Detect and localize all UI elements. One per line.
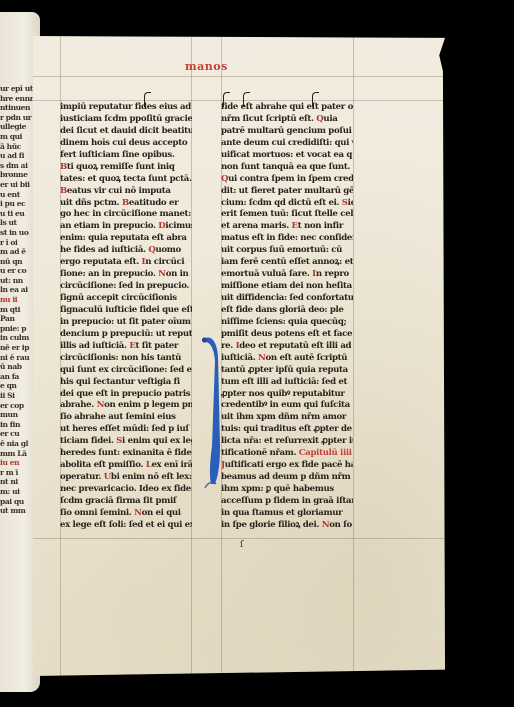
- left-page-line: m qui: [0, 132, 36, 142]
- text-line: uit ihm xpm dñm nřm amor: [221, 412, 353, 424]
- text-line: heredes ſunt: exinanita ē fides:: [60, 448, 192, 460]
- text-line: circūciſionis: non his tantū: [60, 353, 192, 365]
- text-line: beamus ad deum p dñm nřm: [221, 472, 353, 484]
- left-page-line: bronne: [0, 170, 36, 180]
- text-line: an etiam in prepucio. Dicimus: [60, 221, 192, 233]
- red-capital: I: [312, 269, 316, 279]
- text-line: impiū reputatur fides eius ad: [60, 102, 192, 114]
- text-line: enim: quia reputata eſt abra: [60, 233, 192, 245]
- text-line: pmiſit deus potens eſt et face: [221, 329, 353, 341]
- text-line: tuis: qui traditus eſt ꝓpter de: [221, 424, 353, 436]
- text-line: emortuā vuluā ſare. In repro: [221, 269, 353, 281]
- red-capital: S: [342, 198, 348, 208]
- text-line: dinem hoīs cui deus accepto: [60, 138, 192, 150]
- text-line: in ſpe glorie filioꝝ dei. Non ſo: [221, 520, 353, 532]
- text-line: circūciſione: ſed in prepucio. Et: [60, 281, 192, 293]
- text-line: dit: ut fieret pater multarū gē: [221, 186, 353, 198]
- text-line: tantū ꝓpter ipſū quia reputa: [221, 365, 353, 377]
- left-page-line: ut mm: [0, 506, 36, 516]
- left-page-line: ut: nn: [0, 276, 36, 286]
- text-line: abolita eſt pmiſſio. Lex enī irā: [60, 460, 192, 472]
- text-line: matus eſt in fide: nec conſidera: [221, 233, 353, 245]
- text-line: in qua ſtamus et gloriamur: [221, 508, 353, 520]
- text-column-right: fide eſt abrahe qui eſt pater oīmnřm ſic…: [221, 102, 353, 532]
- red-capital: U: [104, 472, 111, 482]
- text-line: erit ſemen tuū: ſicut ſtelle celi: [221, 209, 353, 221]
- text-line: nec prevaricacio. Ideo ex fide: ut: [60, 484, 192, 496]
- text-line: ſcdm graciā firma ſit pmiſ: [60, 496, 192, 508]
- red-capital: N: [258, 353, 266, 363]
- red-capital: D: [158, 221, 165, 231]
- text-line: nřm ſicut ſcriptū eſt. Quia: [221, 114, 353, 126]
- text-line: uit dñs pctm. Beatitudo er: [60, 198, 192, 210]
- left-page-line: m qti: [0, 305, 36, 315]
- text-line: uit diffidencia: ſed confortatus: [221, 293, 353, 305]
- text-line: fide eſt abrahe qui eſt pater oīm: [221, 102, 353, 114]
- text-line: Qui contra ſpem in ſpem credi: [221, 174, 353, 186]
- text-line: patrē multarū gencium poſui te: [221, 126, 353, 138]
- text-line: ut heres eſſet mūdi: ſed p iuſ: [60, 424, 192, 436]
- text-line: uificat mortuos: et vocat ea q: [221, 150, 353, 162]
- text-line: ante deum cui credidiſti: qui vi: [221, 138, 353, 150]
- text-line: uit corpus ſuū emortuū: cū: [221, 245, 353, 257]
- left-page-line: m: ui: [0, 487, 36, 497]
- text-line: ex lege eſt ſoli: ſed et ei qui ex: [60, 520, 192, 532]
- red-capital: B: [122, 198, 129, 208]
- text-line: non ſunt tanquā ea que ſunt.: [221, 162, 353, 174]
- left-page-line: r pdn ur: [0, 113, 36, 123]
- text-line: iuſticiā. Non eſt autē ſcriptū: [221, 353, 353, 365]
- blue-initial-letter: [201, 336, 223, 491]
- left-page-line: mun: [0, 410, 36, 420]
- left-page-line: iu en: [0, 458, 36, 468]
- left-page-line: ni ē rau: [0, 353, 36, 363]
- left-page-line: mm Lā: [0, 449, 36, 459]
- red-capital: S: [116, 436, 122, 446]
- text-line: ſio omni ſemini. Non ei qui: [60, 508, 192, 520]
- left-page-line: ln ea ai: [0, 285, 36, 295]
- text-line: abrahe. Non enim p legem pmiſ: [60, 400, 192, 412]
- left-page-line: nē er ip: [0, 343, 36, 353]
- left-page-line: st in uo: [0, 228, 36, 238]
- text-line: Bti quoꝝ remiſſe ſunt iniq: [60, 162, 192, 174]
- text-line: ꝓpter nos quibꝰ reputabitur: [221, 389, 353, 401]
- manuscript-leaf: manos impiū reputatur fides eius adiusti…: [33, 36, 445, 676]
- text-line: he fides ad iuſticiā. Quomo: [60, 245, 192, 257]
- red-capital: B: [60, 186, 67, 196]
- text-line: re. Ideo et reputatū eſt illi ad: [221, 341, 353, 353]
- left-page-line: er cu: [0, 429, 36, 439]
- chapter-rubric: Capitulū iiii: [299, 448, 352, 458]
- document-viewer: ur epī uthre ennnuntinuenr pdn urullegie…: [0, 0, 514, 707]
- text-line: ihm xpm: ꝑ quē habemus: [221, 484, 353, 496]
- text-column-left: impiū reputatur fides eius adiusticiam ſ…: [60, 102, 192, 532]
- text-line: iusticiam ſcdm ppoſitū gracie: [60, 114, 192, 126]
- text-line: fert iuſticiam ſine opibus.: [60, 150, 192, 162]
- left-page-line: s dm ai: [0, 161, 36, 171]
- left-page-line: ā hūc: [0, 142, 36, 152]
- red-capital: I: [236, 341, 240, 351]
- left-page-line: ur epī ut: [0, 84, 36, 94]
- left-page-line: an fa: [0, 372, 36, 382]
- text-line: ſignū accepit circūciſionis: [60, 293, 192, 305]
- left-page-line: u er co: [0, 266, 36, 276]
- text-line: operatur. Ubi enim nō eſt lex:: [60, 472, 192, 484]
- left-page-line: nū qn: [0, 257, 36, 267]
- red-capital: I: [142, 257, 146, 267]
- red-capital: N: [322, 520, 330, 530]
- left-page-line: ii Si: [0, 391, 36, 401]
- ruling-line-vertical: [353, 36, 354, 676]
- left-page-line: hre ennnu: [0, 94, 36, 104]
- left-page-line: nt ni: [0, 477, 36, 487]
- left-page-line: u ent: [0, 190, 36, 200]
- red-capital: N: [134, 508, 142, 518]
- text-line: dencium p prepuciū: ut reputet et: [60, 329, 192, 341]
- red-capital: Q: [221, 174, 228, 184]
- signature-mark: ſ: [240, 540, 243, 550]
- text-line: dei que eſt in prepucio patris nři: [60, 389, 192, 401]
- text-line: eſt fide dans gloriā deo: ple: [221, 305, 353, 317]
- text-line: ergo reputata eſt. In circūci: [60, 257, 192, 269]
- left-page-line: r m ī: [0, 468, 36, 478]
- text-line: qui ſunt ex circūciſione: ſed et: [60, 365, 192, 377]
- text-line: miſſione etiam dei non heſita: [221, 281, 353, 293]
- left-page-line: ē nia gl: [0, 439, 36, 449]
- text-line: tates: et quoꝝ tecta ſunt pctā.: [60, 174, 192, 186]
- left-page-line: pnie: p: [0, 324, 36, 334]
- red-capital: Q: [148, 245, 155, 255]
- text-line: tum eſt illi ad iuſticiā: ſed et: [221, 377, 353, 389]
- left-page-line: ls ut: [0, 218, 36, 228]
- text-line: et arena maris. Et non infir: [221, 221, 353, 233]
- text-line: iam ferē centū eſſet annoꝝ: et: [221, 257, 353, 269]
- red-capital: E: [129, 341, 135, 351]
- red-capital: E: [291, 221, 297, 231]
- left-page-text: ur epī uthre ennnuntinuenr pdn urullegie…: [0, 84, 36, 554]
- text-line: credentibꝰ in eum qui ſuſcita: [221, 400, 353, 412]
- text-line: niſſime ſciens: quia quecūq;: [221, 317, 353, 329]
- text-line: licta nřa: et reſurrexit ꝓpter iuſ: [221, 436, 353, 448]
- left-page-line: ū nab: [0, 362, 36, 372]
- text-line: in prepucio: ut ſit pater oīum cre: [60, 317, 192, 329]
- text-line: ſio abrahe aut ſemini eius: [60, 412, 192, 424]
- left-page-line: ullegie: [0, 122, 36, 132]
- left-page-line: u ti eu: [0, 209, 36, 219]
- left-page-line: er ui bii: [0, 180, 36, 190]
- text-line: Beatus vir cui nō imputa: [60, 186, 192, 198]
- ruling-line-horizontal: [33, 76, 445, 77]
- left-page-line: nu ii: [0, 295, 36, 305]
- text-line: his qui ſectantur veſtigia fi: [60, 377, 192, 389]
- text-line: ſignaculū iuſticie fidei que eſt: [60, 305, 192, 317]
- left-page-line: in fin: [0, 420, 36, 430]
- text-line: Juſtificati ergo ex fide pacē ha: [221, 460, 353, 472]
- left-page-line: er cop: [0, 401, 36, 411]
- text-line: cium: ſcdm qd dictū eſt ei. Sic: [221, 198, 353, 210]
- left-page-line: u ad fi: [0, 151, 36, 161]
- left-page-line: m ad ē: [0, 247, 36, 257]
- red-capital: N: [97, 400, 105, 410]
- text-line: ſione: an in prepucio. Non in: [60, 269, 192, 281]
- text-line: tificationē nřam. Capitulū iiii: [221, 448, 353, 460]
- left-page-line: ntinuen: [0, 103, 36, 113]
- ruling-line-horizontal: [33, 100, 445, 101]
- left-page-line: Pan: [0, 314, 36, 324]
- left-page-line: e qn: [0, 381, 36, 391]
- left-page-line: in culm: [0, 333, 36, 343]
- red-capital: N: [158, 269, 166, 279]
- running-head: manos: [185, 60, 228, 73]
- left-page-line: pai qu: [0, 497, 36, 507]
- red-capital: B: [60, 162, 67, 172]
- text-line: illis ad iuſticiā. Et ſit pater: [60, 341, 192, 353]
- red-capital: L: [146, 460, 152, 470]
- text-line: acceſſum p fidem in graā iſtam:: [221, 496, 353, 508]
- left-page-line: r ī oi: [0, 238, 36, 248]
- text-line: go hec in circūciſione manet:: [60, 209, 192, 221]
- text-line: ticiam fidei. Si enim qui ex lege: [60, 436, 192, 448]
- red-capital: Q: [316, 114, 323, 124]
- left-page-line: i pu ec: [0, 199, 36, 209]
- ruling-line-horizontal: [33, 538, 445, 539]
- text-line: dei ſicut et dauid dicit beatitu: [60, 126, 192, 138]
